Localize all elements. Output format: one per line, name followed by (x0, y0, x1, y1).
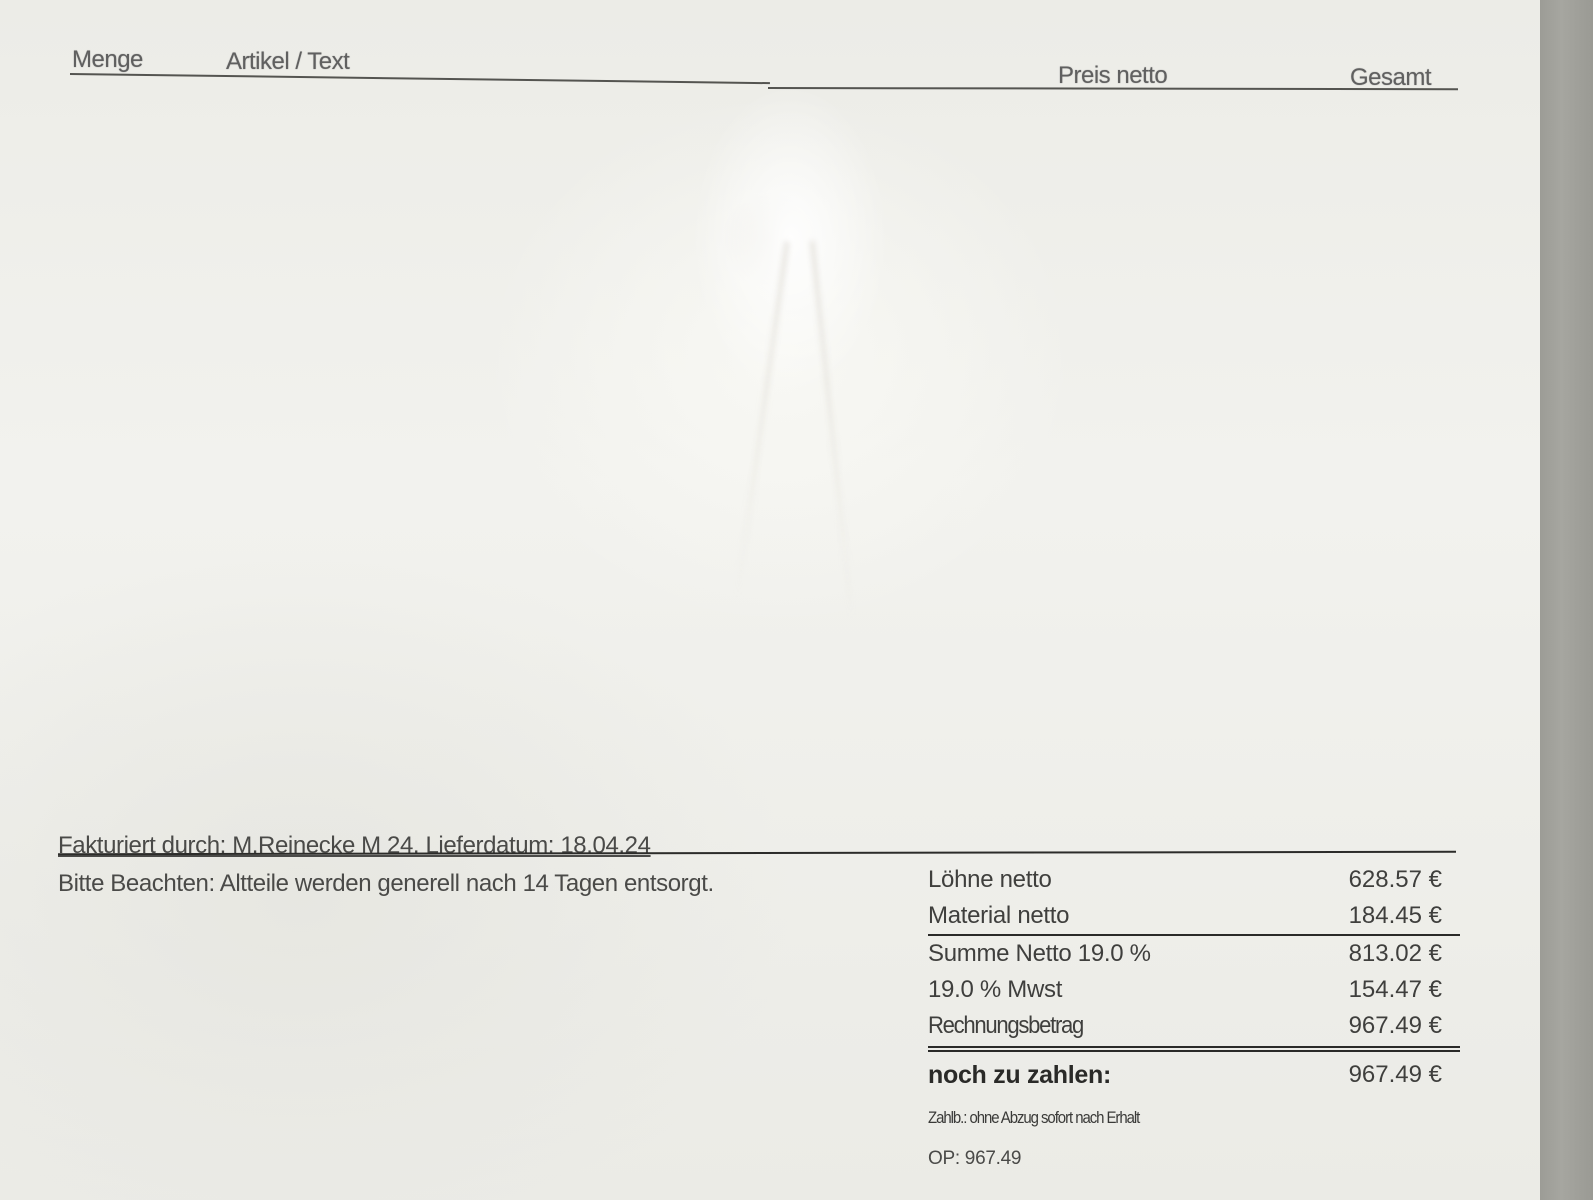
totals-value: 154.47 € (1349, 976, 1460, 1004)
payment-terms: Zahlb.: ohne Abzug sofort nach Erhalt (928, 1108, 1396, 1128)
amount-due-value: 967.49 € (1349, 1061, 1460, 1089)
totals-row-material: Material netto 184.45 € (928, 898, 1460, 934)
totals-label: Material netto (928, 902, 1069, 930)
totals-row-invoice-amount: Rechnungsbetrag 967.49 € (928, 1008, 1460, 1044)
totals-row-net-sum: Summe Netto 19.0 % 813.02 € (928, 936, 1460, 972)
totals-value: 813.02 € (1349, 940, 1460, 968)
disposal-notice: Bitte Beachten: Altteile werden generell… (58, 870, 714, 898)
amount-due-label: noch zu zahlen: (928, 1061, 1111, 1090)
totals-label: Rechnungsbetrag (928, 1012, 1083, 1040)
totals-value: 967.49 € (1349, 1012, 1460, 1040)
paper-crease (810, 241, 854, 619)
totals-row-labor: Löhne netto 628.57 € (928, 862, 1460, 898)
amount-due-row: noch zu zahlen: 967.49 € (928, 1052, 1460, 1098)
header-underline (70, 73, 770, 84)
open-item-amount: OP: 967.49 (928, 1148, 1460, 1170)
totals-value: 184.45 € (1349, 902, 1460, 930)
background-brochure-strip: Service Zubehör Bekleidung B (1540, 0, 1593, 1200)
column-header-article: Artikel / Text (226, 48, 349, 76)
totals-label: Summe Netto 19.0 % (928, 940, 1151, 968)
totals-row-vat: 19.0 % Mwst 154.47 € (928, 972, 1460, 1008)
totals-label: Löhne netto (928, 866, 1052, 894)
invoice-paper: Menge Artikel / Text Preis netto Gesamt … (0, 0, 1548, 1200)
invoiced-by-line: Fakturiert durch: M.Reinecke M 24. Liefe… (58, 832, 651, 860)
totals-label: 19.0 % Mwst (928, 976, 1062, 1004)
totals-block: Löhne netto 628.57 € Material netto 184.… (928, 862, 1460, 1170)
column-header-unit-price: Preis netto (1058, 62, 1167, 90)
paper-crease (735, 241, 789, 598)
column-header-quantity: Menge (72, 46, 143, 74)
totals-value: 628.57 € (1349, 866, 1460, 894)
